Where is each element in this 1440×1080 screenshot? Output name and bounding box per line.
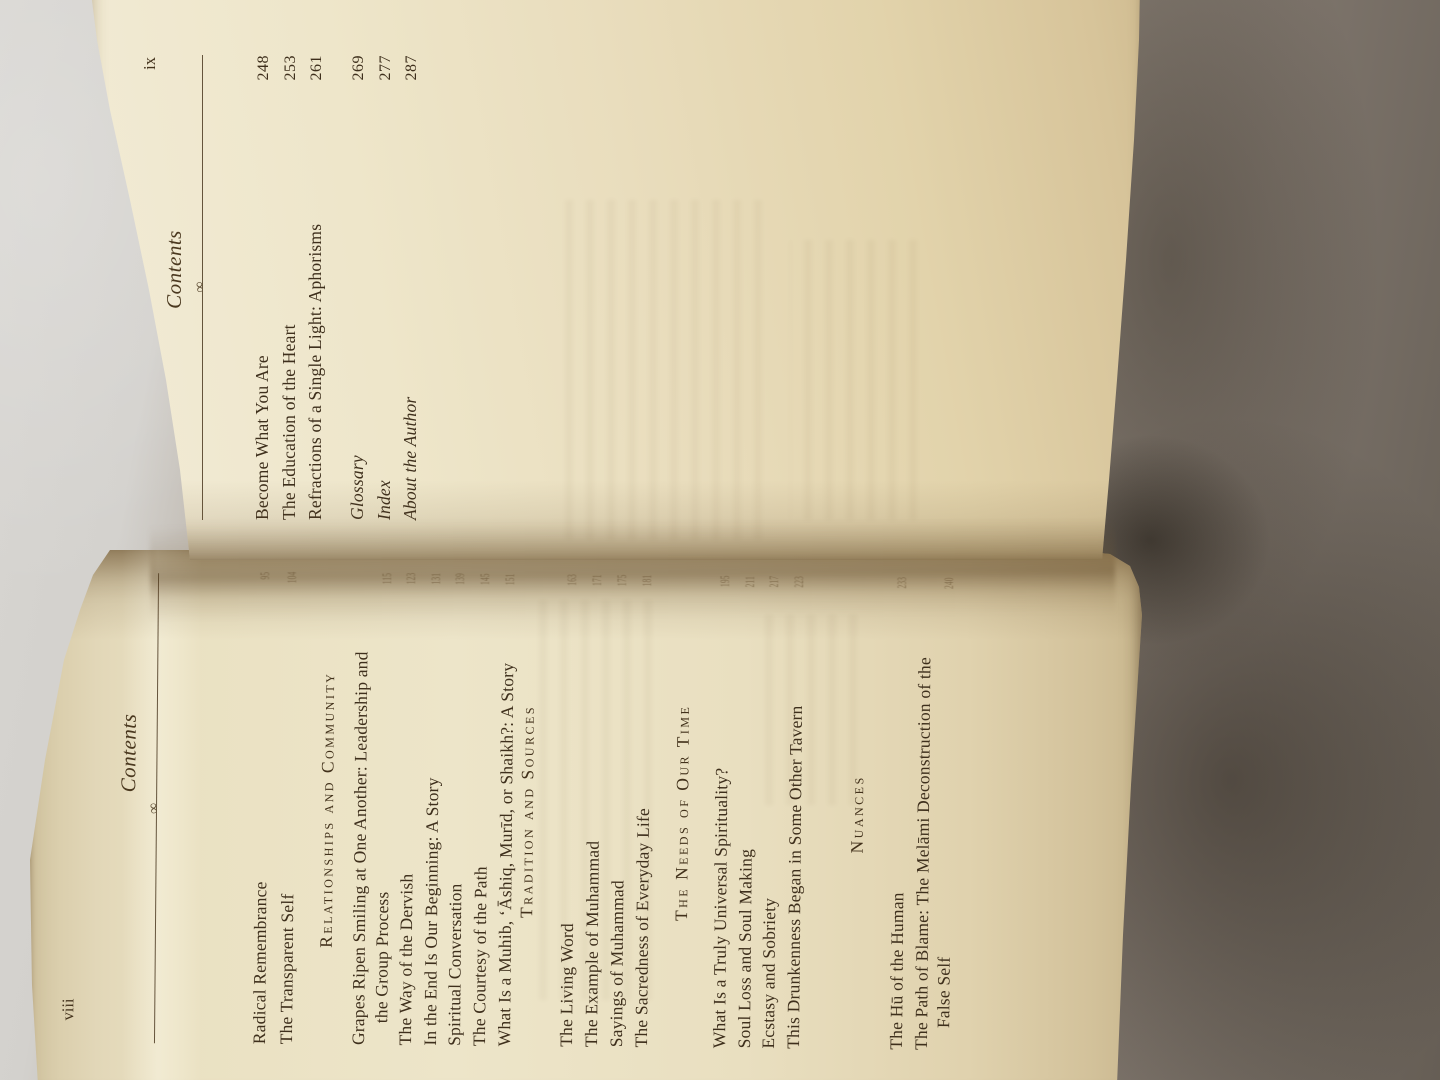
page-number: 115 (376, 573, 399, 585)
toc-intro-list: Radical Remembrance95 The Transparent Se… (247, 574, 304, 1044)
page-number: 151 (499, 574, 522, 586)
header-rule: ∞ (202, 55, 203, 520)
page-content-ix: ix Contents ∞ Become What You Are248 The… (90, 55, 1155, 520)
page-number: 145 (474, 574, 497, 586)
page-number: 233 (891, 577, 914, 589)
page-number: 261 (305, 55, 330, 81)
page-number: 253 (279, 55, 304, 81)
page-number: 269 (347, 55, 372, 81)
page-content-viii: viii Contents ∞ Radical Remembrance95 Th… (28, 572, 1147, 1052)
page-number: 139 (449, 573, 472, 585)
swash-ornament: ∞ (192, 281, 208, 294)
folio-viii: viii (58, 998, 78, 1020)
header-rule: ∞ (154, 573, 159, 1043)
section-heading: Nuances (845, 579, 870, 1049)
folio-ix: ix (140, 57, 160, 70)
page-number: 217 (763, 576, 786, 588)
book-photo: viii Contents ∞ Radical Remembrance95 Th… (0, 0, 1440, 1080)
page-number: 287 (400, 55, 425, 81)
page-number: 95 (253, 572, 278, 580)
toc-section-list: The Living Word163 The Example of Muhamm… (555, 577, 659, 1048)
page-number: 163 (561, 574, 584, 586)
toc-section-list: The Hū of the Human233 The Path of Blame… (885, 580, 961, 1051)
toc-entry: This Drunkenness Began in Some Other Tav… (781, 579, 810, 1049)
running-head: Contents (114, 518, 143, 988)
section-heading: Relationships and Community (315, 575, 340, 1045)
page-header: Contents ∞ (114, 573, 159, 1043)
toc-entry: Become What You Are248 (250, 55, 277, 520)
page-number: 104 (279, 572, 304, 584)
toc-entry: Refractions of a Single Light: Aphorisms… (303, 55, 330, 520)
section-heading: The Needs of Our Time (670, 578, 695, 1048)
page-number: 171 (586, 575, 609, 587)
page-number: 248 (252, 55, 277, 81)
toc-entry: Radical Remembrance95 (247, 574, 278, 1044)
toc-entry: About the Author287 (398, 55, 425, 520)
page-number: 223 (787, 576, 810, 588)
toc-entry: The Transparent Self104 (273, 574, 304, 1044)
toc-list: Become What You Are248 The Education of … (250, 55, 330, 520)
toc-section-list: What Is a Truly Universal Spirituality?1… (708, 578, 810, 1049)
toc-entry-continuation: False Self240 (932, 580, 961, 1050)
page-number: 211 (738, 576, 761, 588)
back-matter-list: Glossary269 Index277 About the Author287 (345, 55, 425, 520)
page-number: 277 (374, 55, 399, 81)
page-number: 240 (938, 578, 961, 590)
book-page-right: ix Contents ∞ Become What You Are248 The… (90, 0, 1155, 560)
toc-entry: Glossary269 (345, 55, 372, 520)
page-number: 123 (400, 573, 423, 585)
page-number: 181 (636, 575, 659, 587)
page-number: 195 (714, 576, 737, 588)
book-page-left: viii Contents ∞ Radical Remembrance95 Th… (30, 550, 1145, 1080)
toc-entry: Index277 (372, 55, 399, 520)
section-heading: Tradition and Sources (515, 576, 540, 1046)
swash-ornament: ∞ (146, 802, 162, 815)
page-number: 131 (425, 573, 448, 585)
toc-entry: The Sacredness of Everyday Life181 (630, 577, 659, 1047)
toc-entry: The Education of the Heart253 (277, 55, 304, 520)
toc-section-list: Grapes Ripen Smiling at One Another: Lea… (347, 575, 521, 1046)
page-number: 175 (611, 575, 634, 587)
